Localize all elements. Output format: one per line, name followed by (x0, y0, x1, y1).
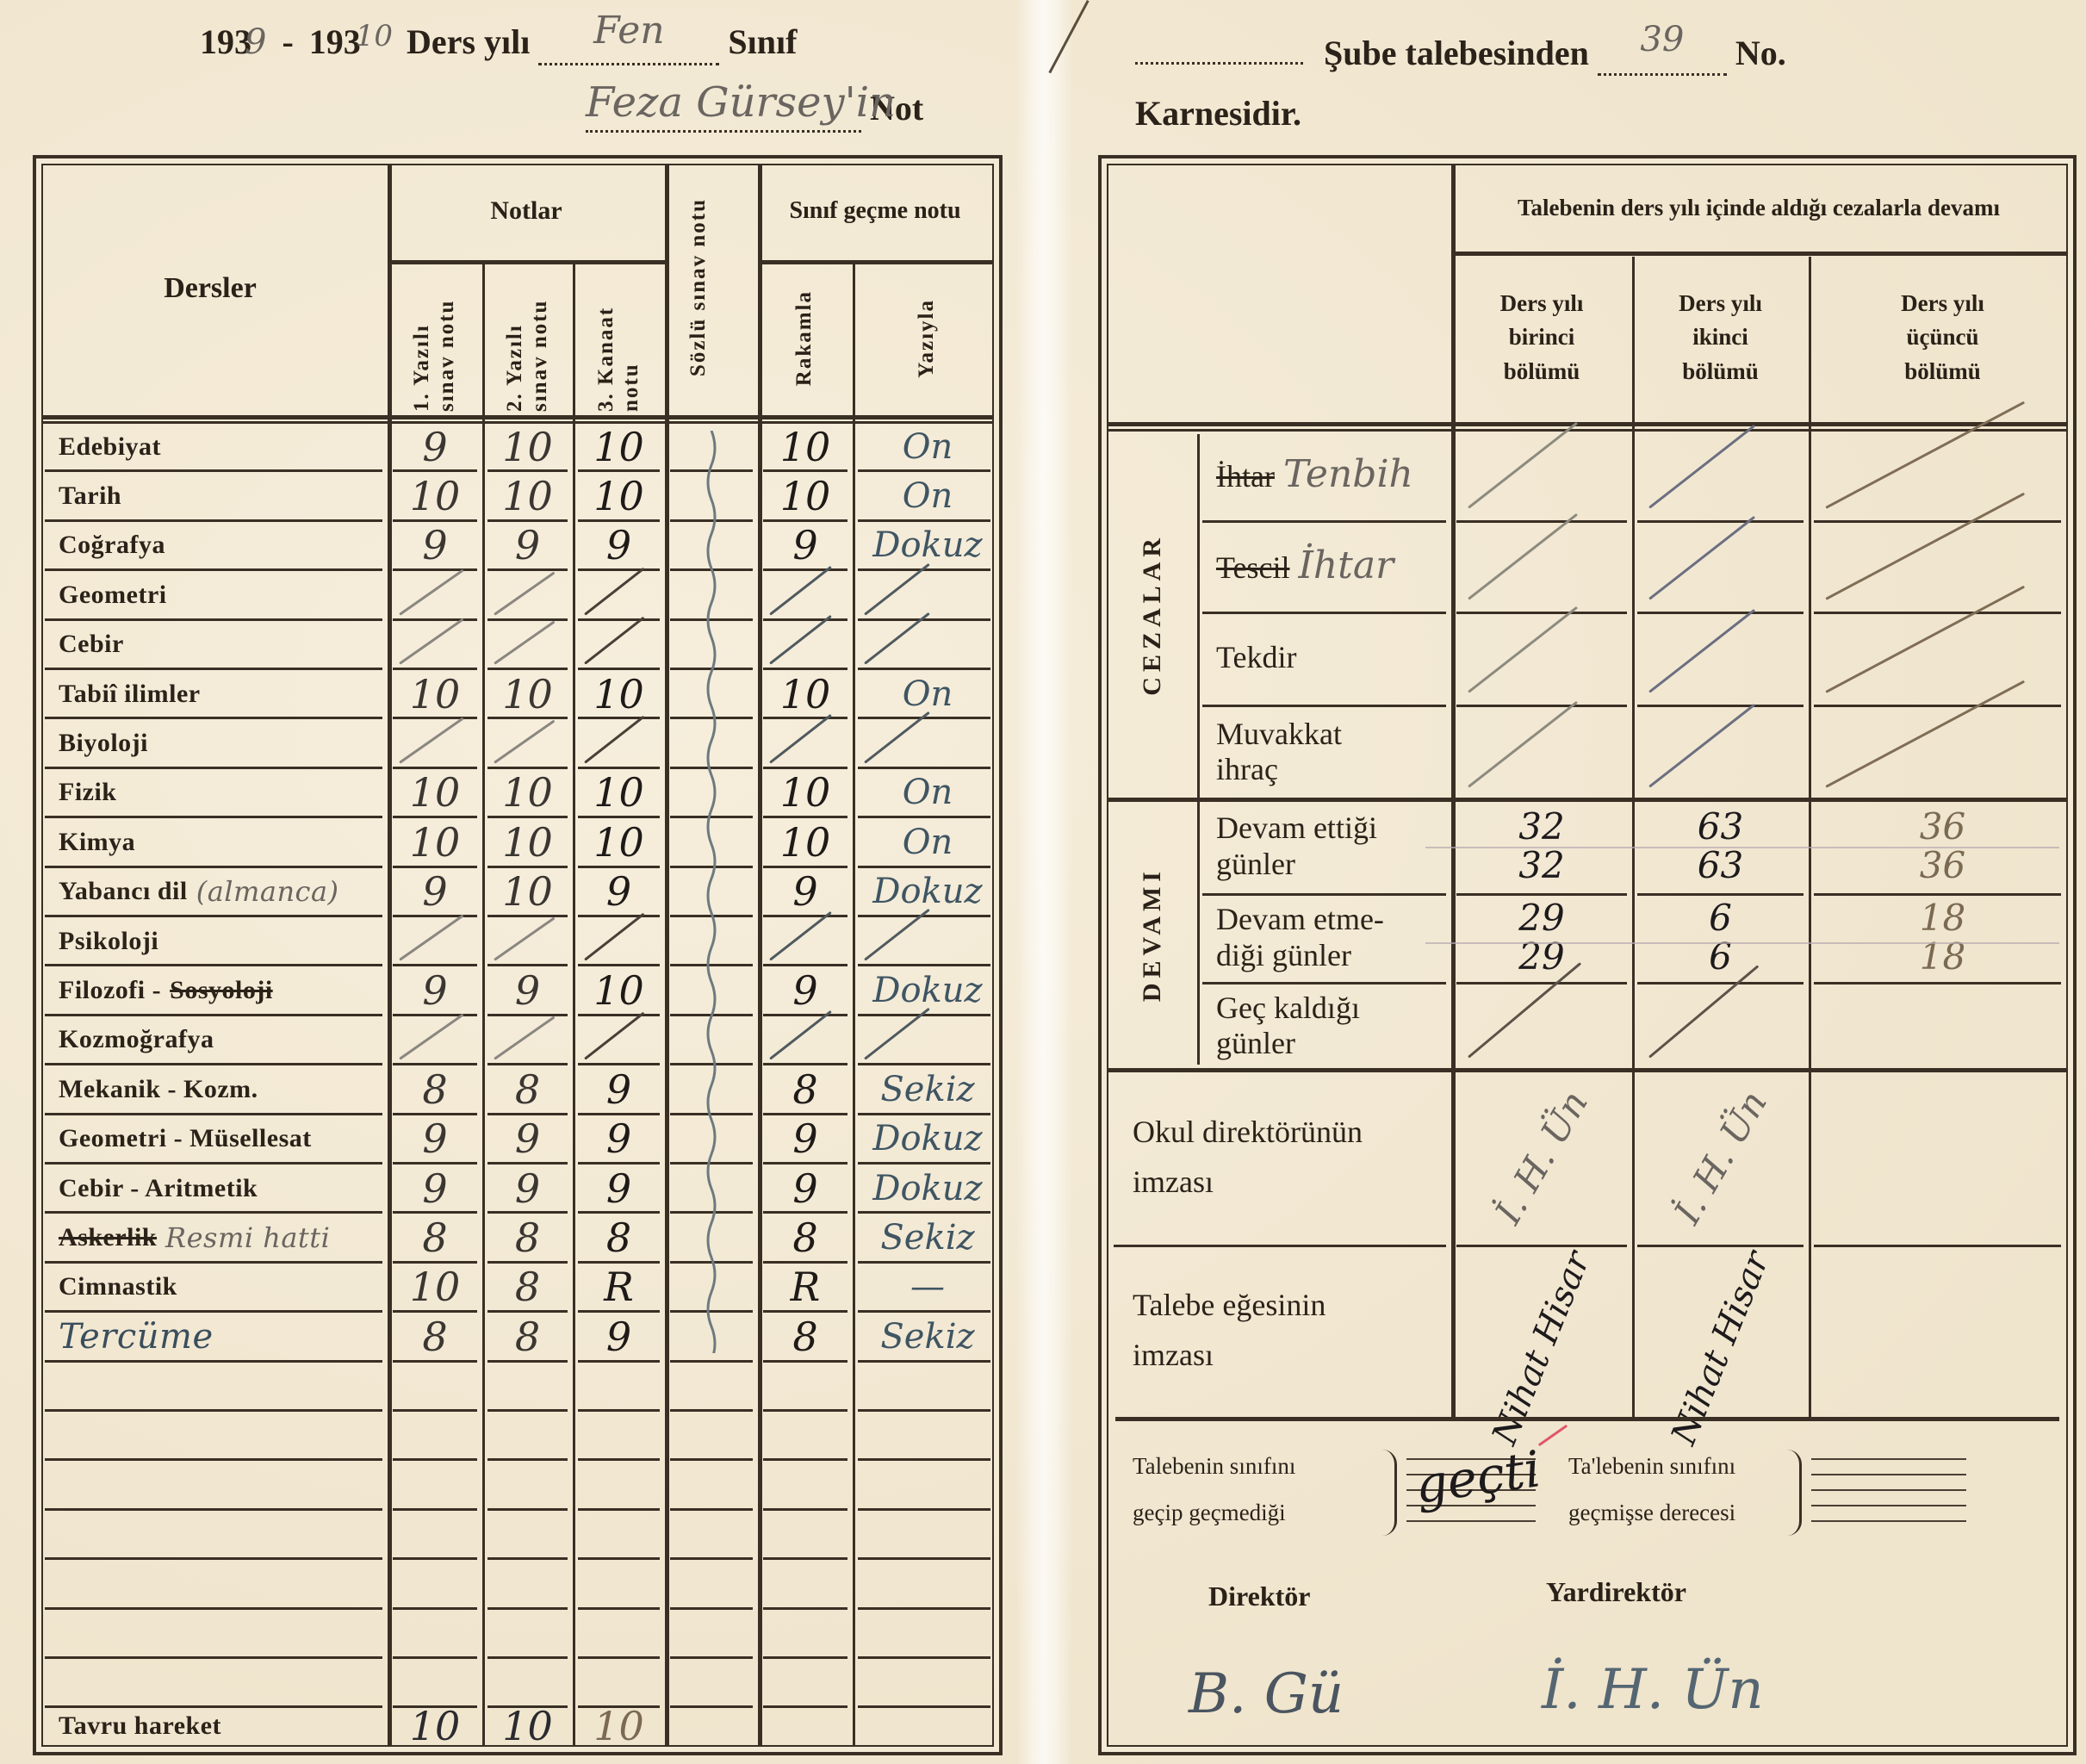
grade-cell-sozlu (665, 1559, 758, 1608)
grade-cell-yaziyla: Sekiz (853, 1213, 1003, 1262)
grade-cell-k: 9 (573, 1065, 665, 1114)
corner-slash-mark (1048, 0, 1089, 73)
grade-cell-rakamla: 10 (758, 817, 853, 866)
term-header-text: birinci (1509, 320, 1575, 354)
parent-signature-label-line: imzası (1133, 1331, 1214, 1381)
grade-cell-y1: 9 (388, 1115, 482, 1164)
penalty-name: Muvakkat (1216, 717, 1342, 752)
grade-cell-yaziyla (853, 1510, 1003, 1559)
grade-cell-y2 (482, 1510, 573, 1559)
student-no-field[interactable]: 39 (1598, 33, 1727, 76)
attendance-label-line: günler (1216, 1026, 1295, 1061)
brace-icon (1382, 1450, 1397, 1536)
subject-name: Fizik (59, 778, 117, 807)
section-divider (1115, 1417, 2059, 1421)
grade-cell-yaziyla: On (853, 817, 1003, 866)
grade-cell-k (573, 1460, 665, 1509)
subject-name: Edebiyat (59, 432, 161, 462)
grade-cell-rakamla: 8 (758, 1065, 853, 1114)
director-signature-label-line: Okul direktörünün (1133, 1108, 1363, 1158)
title-underline (1451, 252, 2066, 256)
parent-signature: Nihat Hisar (1451, 1262, 1632, 1434)
subject-cell: Edebiyat (33, 422, 388, 471)
row-divider (1456, 705, 1627, 707)
grade-cell-k: 10 (573, 471, 665, 520)
cezalar-text: CEZALAR (1138, 533, 1168, 696)
subject-cell: Cimnastik (33, 1263, 388, 1312)
subject-cell: Psikoloji (33, 916, 388, 966)
subject-cell: Biyoloji (33, 718, 388, 767)
degree-answer-rule[interactable] (1811, 1474, 1966, 1475)
grade-cell-yaziyla: Sekiz (853, 1312, 1003, 1361)
grade-cell-y2 (482, 1460, 573, 1509)
grade-cell-y2: 9 (482, 1164, 573, 1213)
attendance-label-line: Devam ettiği (1216, 811, 1377, 846)
subject-cell: Kimya (33, 817, 388, 866)
grade-cell-k (573, 1362, 665, 1411)
grade-cell-yaziyla: Dokuz (853, 1115, 1003, 1164)
conduct-grade-k: 10 (573, 1707, 665, 1745)
gecme-subheader-line (758, 260, 992, 264)
pencil-rule (1425, 942, 2059, 944)
grade-cell-k (573, 1411, 665, 1460)
attendance-value: 1818 (1809, 893, 2077, 982)
subject-cell: Coğrafya (33, 521, 388, 570)
attendance-number: 32 (1518, 847, 1564, 885)
devami-text: DEVAMI (1138, 866, 1168, 1002)
header-yazili-2-label: 2. Yazılı sınav notu (503, 265, 553, 412)
grade-cell-yaziyla (853, 1559, 1003, 1608)
header-kanaat-label: 3. Kanaat notu (594, 265, 644, 412)
subject-name: Geometri (59, 581, 167, 610)
penalty-handwritten: İhtar (1298, 543, 1394, 587)
attendance-label: Devam etme-diği günler (1216, 893, 1444, 982)
grade-cell-k: 10 (573, 817, 665, 866)
subject-name: Tabiî ilimler (59, 680, 201, 709)
row-divider (1456, 520, 1627, 523)
row-divider (578, 618, 660, 621)
grade-cell-sozlu (665, 1411, 758, 1460)
row-divider (1814, 705, 2061, 707)
grade-cell-rakamla (758, 1559, 853, 1608)
grade-cell-k: R (573, 1263, 665, 1312)
passed-question-line: geçip geçmediği (1133, 1489, 1295, 1536)
term-header-text: Ders yılı (1901, 287, 1984, 320)
subject-cell: Fizik (33, 768, 388, 817)
subject-name: Kimya (59, 828, 135, 857)
grade-cell-k (573, 1559, 665, 1608)
subject-struck: Sosyoloji (170, 976, 273, 1005)
conduct-label: Tavru hareket (33, 1707, 388, 1745)
header-notlar: Notlar (388, 164, 665, 258)
year-end-printed: 193 (309, 22, 361, 61)
grade-cell-rakamla: 10 (758, 422, 853, 471)
vice-director-label: Yardirektör (1546, 1576, 1686, 1608)
grade-cell-rakamla (758, 1460, 853, 1509)
penalty-label: Tescilİhtar (1216, 520, 1444, 612)
pencil-rule (1425, 847, 2059, 848)
grade-cell-y1 (388, 1559, 482, 1608)
grade-cell-rakamla (758, 1658, 853, 1707)
grade-cell-rakamla: 10 (758, 768, 853, 817)
row-divider (487, 618, 568, 621)
subject-cell: Geometri - Müsellesat (33, 1115, 388, 1164)
header-sozlu-label: Sözlü sınav notu (686, 198, 736, 376)
penalty-label-line: Tescilİhtar (1216, 544, 1394, 588)
director-signature-text: İ. H. Ün (1666, 1084, 1775, 1231)
subject-name: Filozofi - (59, 976, 161, 1005)
row-divider (1637, 520, 1804, 523)
subject-name: Kozmoğrafya (59, 1025, 214, 1054)
attendance-label-line: günler (1216, 847, 1295, 882)
subject-note: Resmi hatti (165, 1221, 330, 1254)
director-signature-text: İ. H. Ün (1487, 1084, 1597, 1231)
row-divider (1456, 612, 1627, 614)
discipline-title: Talebenin ders yılı içinde aldığı cezala… (1451, 165, 2066, 252)
grade-cell-rakamla (758, 1362, 853, 1411)
grade-cell-y2 (482, 1411, 573, 1460)
year-start-printed: 193 (200, 22, 251, 61)
subject-cell (33, 1559, 388, 1608)
academic-year-line: 1939 - 19310 Ders yılı Fen Sınıf (200, 19, 797, 65)
term-header-text: Ders yılı (1500, 287, 1584, 320)
grade-cell-y1 (388, 1609, 482, 1658)
attendance-value: 2929 (1451, 893, 1632, 982)
grade-cell-y2: 8 (482, 1213, 573, 1262)
grade-cell-rakamla: 8 (758, 1312, 853, 1361)
parent-signature: Nihat Hisar (1632, 1262, 1809, 1434)
subject-name: Geometri - Müsellesat (59, 1124, 312, 1153)
devami-side-label: DEVAMI (1108, 799, 1197, 1070)
sinif-label: Sınıf (728, 22, 797, 61)
subject-cell: Mekanik - Kozm. (33, 1065, 388, 1114)
grade-cell-y2: 10 (482, 817, 573, 866)
attendance-number: 63 (1698, 847, 1743, 885)
penalty-name: ihraç (1216, 752, 1278, 787)
grade-cell-y1: 10 (388, 1263, 482, 1312)
grade-cell-yaziyla: Sekiz (853, 1065, 1003, 1114)
subject-name: Yabancı dil (59, 877, 188, 906)
grade-cell-k: 9 (573, 1312, 665, 1361)
term-header-3: Ders yılıüçüncübölümü (1809, 257, 2077, 419)
grade-cell-k (573, 1658, 665, 1707)
grade-cell-rakamla (758, 1510, 853, 1559)
row-divider (1814, 1245, 2061, 1247)
penalty-label-line: İhtarTenbih (1216, 453, 1413, 497)
grade-cell-y2 (482, 1362, 573, 1411)
header-kanaat: 3. Kanaat notu (573, 265, 665, 412)
header-rakamla: Rakamla (758, 265, 853, 412)
degree-question-label: Ta'lebenin sınıfınıgeçmişse derecesi (1568, 1443, 1735, 1536)
grade-cell-y2: 10 (482, 867, 573, 916)
header-yazili-2: 2. Yazılı sınav notu (482, 265, 573, 412)
header-sinif-gecme-notu: Sınıf geçme notu (758, 164, 992, 258)
degree-answer-rule[interactable] (1811, 1458, 1966, 1460)
subject-cell: Tercüme (33, 1312, 388, 1361)
penalty-label: Muvakkatihraç (1216, 705, 1444, 799)
header-yazili-1-label: 1. Yazılı sınav notu (410, 265, 460, 412)
grade-cell-y1 (388, 1460, 482, 1509)
grade-cell-rakamla: 8 (758, 1213, 853, 1262)
term-header-text: üçüncü (1906, 320, 1978, 354)
subject-name: Coğrafya (59, 531, 165, 560)
grade-cell-yaziyla: On (853, 768, 1003, 817)
grade-cell-k: 10 (573, 669, 665, 718)
grade-cell-y2: 10 (482, 669, 573, 718)
degree-answer-rule[interactable] (1811, 1520, 1966, 1522)
header-bottom-line (1108, 422, 2066, 426)
karnesidir-label: Karnesidir. (1135, 93, 1301, 134)
subject-cell: Tarih (33, 471, 388, 520)
class-field[interactable]: Fen (538, 19, 719, 65)
subject-name: Cebir (59, 630, 124, 659)
class-value: Fen (593, 9, 665, 53)
grade-cell-yaziyla (853, 1609, 1003, 1658)
grade-cell-yaziyla (853, 1362, 1003, 1411)
attendance-number: 36 (1920, 847, 1965, 885)
grade-cell-k: 10 (573, 768, 665, 817)
penalty-label: Tekdir (1216, 612, 1444, 705)
grade-cell-y1: 9 (388, 521, 482, 570)
subject-cell: Filozofi -Sosyoloji (33, 966, 388, 1015)
director-signature: İ. H. Ün (1632, 1070, 1809, 1245)
grade-cell-y1: 9 (388, 1164, 482, 1213)
degree-question-line: Ta'lebenin sınıfını (1568, 1443, 1735, 1489)
grade-cell-yaziyla: Dokuz (853, 1164, 1003, 1213)
director-signature-label-line: imzası (1133, 1158, 1214, 1208)
ders-yili-label: Ders yılı (407, 22, 530, 61)
grade-cell-y1: 10 (388, 471, 482, 520)
grade-cell-y2: 9 (482, 521, 573, 570)
subject-name: Psikoloji (59, 927, 158, 956)
grade-cell-y1: 9 (388, 966, 482, 1015)
penalty-struck: İhtar (1216, 459, 1275, 494)
grade-cell-y1: 10 (388, 817, 482, 866)
sube-field[interactable] (1135, 62, 1303, 65)
row-divider (393, 618, 477, 621)
grade-cell-y2: 8 (482, 1065, 573, 1114)
parent-signature (1809, 1262, 2077, 1434)
attendance-label: Devam ettiğigünler (1216, 799, 1444, 893)
row-divider (1637, 612, 1804, 614)
row-divider (1814, 520, 2061, 523)
degree-answer-rule[interactable] (1811, 1489, 1966, 1491)
grade-cell-k (573, 1609, 665, 1658)
grade-cell-k (573, 1510, 665, 1559)
row-divider (1814, 612, 2061, 614)
year-end-handwritten: 10 (356, 19, 393, 53)
grade-cell-sozlu (665, 1362, 758, 1411)
director-label: Direktör (1208, 1581, 1310, 1612)
header-yaziyla: Yazıyla (853, 265, 1003, 412)
cezalar-side-label: CEZALAR (1108, 429, 1197, 799)
sube-label: Şube talebesinden (1324, 34, 1589, 72)
grade-cell-rakamla: R (758, 1263, 853, 1312)
attendance-label-line: diği günler (1216, 938, 1351, 973)
grade-cell-k: 9 (573, 1164, 665, 1213)
term-header-text: bölümü (1904, 355, 1981, 388)
director-signature: İ. H. Ün (1451, 1070, 1632, 1245)
term-header-text: bölümü (1504, 355, 1580, 388)
student-name-value: Feza Gürsey'in (586, 78, 896, 127)
grade-cell-rakamla: 9 (758, 966, 853, 1015)
penalty-name: Tekdir (1216, 640, 1296, 675)
grade-cell-y1: 8 (388, 1213, 482, 1262)
row-divider (1814, 982, 2061, 984)
attendance-label: Geç kaldığıgünler (1216, 982, 1444, 1070)
director-signature-label: Okul direktörününimzası (1133, 1070, 1443, 1245)
attendance-number: 63 (1698, 808, 1743, 846)
brace-icon (1787, 1450, 1802, 1536)
grade-cell-sozlu (665, 1510, 758, 1559)
grade-cell-yaziyla (853, 1658, 1003, 1707)
grade-cell-yaziyla (853, 1411, 1003, 1460)
term-header-text: ikinci (1692, 320, 1748, 354)
degree-answer-rule[interactable] (1811, 1505, 1966, 1506)
attendance-number: 6 (1709, 899, 1732, 937)
conduct-grade-y1: 10 (388, 1707, 482, 1745)
subject-cell: Cebir (33, 620, 388, 669)
grade-cell-y2: 10 (482, 422, 573, 471)
grade-cell-k: 9 (573, 1115, 665, 1164)
subject-cell: Yabancı dil(almanca) (33, 867, 388, 916)
passed-question-line: Talebenin sınıfını (1133, 1443, 1295, 1489)
grade-cell-y2: 10 (482, 768, 573, 817)
subject-cell (33, 1510, 388, 1559)
conduct-grade-y2: 10 (482, 1707, 573, 1745)
grade-cell-k: 8 (573, 1213, 665, 1262)
row-divider (1456, 982, 1627, 984)
student-name-line: Feza Gürsey'in Not (586, 82, 923, 133)
subject-cell: AskerlikResmi hatti (33, 1213, 388, 1262)
grade-cell-y1 (388, 1362, 482, 1411)
passed-question-label: Talebenin sınıfınıgeçip geçmediği (1133, 1443, 1295, 1536)
subject-note: (almanca) (196, 875, 339, 908)
grade-cell-k: 10 (573, 966, 665, 1015)
subject-cell (33, 1609, 388, 1658)
subject-name: Mekanik - Kozm. (59, 1075, 258, 1104)
attendance-number: 36 (1920, 808, 1965, 846)
row-divider (1456, 1245, 1627, 1247)
grade-cell-y2: 10 (482, 471, 573, 520)
term-header-text: bölümü (1682, 355, 1759, 388)
penalty-struck: Tescil (1216, 550, 1289, 585)
row-divider (1637, 982, 1804, 984)
subject-name: Biyoloji (59, 729, 148, 758)
attendance-value: 66 (1632, 893, 1809, 982)
notlar-subheader-line (388, 260, 665, 264)
term-header-text: Ders yılı (1679, 287, 1762, 320)
subject-name: Cimnastik (59, 1272, 177, 1301)
grade-cell-y1 (388, 1411, 482, 1460)
subject-cell: Cebir - Aritmetik (33, 1164, 388, 1213)
director-signature: B. Gü (1189, 1662, 1344, 1726)
parent-signature-label: Talebe eğesininimzası (1133, 1245, 1443, 1417)
subject-struck: Askerlik (59, 1223, 157, 1252)
subject-handwritten: Tercüme (59, 1317, 214, 1357)
grade-cell-y1 (388, 1658, 482, 1707)
attendance-number: 29 (1518, 899, 1564, 937)
term-header-1: Ders yılıbirincibölümü (1451, 257, 1632, 419)
grade-cell-y1: 8 (388, 1312, 482, 1361)
grade-cell-y2 (482, 1559, 573, 1608)
student-name-field[interactable]: Feza Gürsey'in (586, 82, 861, 133)
term-header-2: Ders yılıikincibölümü (1632, 257, 1809, 419)
discipline-attendance-table: Talebenin ders yılı içinde aldığı cezala… (1098, 155, 2077, 1755)
grade-cell-y1 (388, 1510, 482, 1559)
sube-line: Şube talebesinden 39 No. (1135, 33, 1786, 76)
grade-cell-sozlu (665, 1609, 758, 1658)
subject-cell (33, 1460, 388, 1509)
penalty-handwritten: Tenbih (1283, 452, 1413, 496)
grade-cell-yaziyla: On (853, 422, 1003, 471)
grade-cell-rakamla: 9 (758, 867, 853, 916)
grade-cell-y2 (482, 1609, 573, 1658)
attendance-number: 18 (1920, 899, 1965, 937)
header-yaziyla-label: Yazıyla (915, 299, 941, 378)
grade-cell-y2 (482, 1658, 573, 1707)
grade-cell-rakamla (758, 1609, 853, 1658)
grades-table: DerslerNotlarSınıf geçme notu1. Yazılı s… (33, 155, 1003, 1755)
answer-rule (1406, 1520, 1536, 1522)
director-signature (1809, 1070, 2077, 1245)
vice-director-signature: İ. H. Ün (1542, 1658, 1764, 1722)
grade-cell-y1: 9 (388, 867, 482, 916)
header-yazili-1: 1. Yazılı sınav notu (388, 265, 482, 412)
grade-cell-y2: 8 (482, 1263, 573, 1312)
grade-cell-rakamla: 10 (758, 471, 853, 520)
attendance-label-line: Devam etme- (1216, 902, 1384, 937)
grade-cell-k: 10 (573, 422, 665, 471)
subject-name: Tarih (59, 481, 121, 511)
penalty-label: İhtarTenbih (1216, 429, 1444, 520)
subject-cell (33, 1658, 388, 1707)
student-no-value: 39 (1640, 20, 1684, 59)
grade-cell-rakamla (758, 1411, 853, 1460)
grade-cell-yaziyla: — (853, 1263, 1003, 1312)
header-dersler: Dersler (33, 155, 388, 422)
subject-cell: Tabiî ilimler (33, 669, 388, 718)
grade-cell-k: 9 (573, 521, 665, 570)
no-label: No. (1735, 34, 1786, 72)
grade-cell-y1: 10 (388, 669, 482, 718)
grade-cell-rakamla: 9 (758, 1115, 853, 1164)
degree-question-line: geçmişse derecesi (1568, 1489, 1735, 1536)
subject-cell: Kozmoğrafya (33, 1016, 388, 1065)
row-divider (763, 618, 847, 621)
grade-cell-y1: 8 (388, 1065, 482, 1114)
grade-cell-y2: 9 (482, 966, 573, 1015)
year-start-handwritten: 9 (245, 22, 266, 62)
sozlu-wavy-line (665, 431, 758, 1353)
grade-cell-y2: 8 (482, 1312, 573, 1361)
row-divider (1637, 705, 1804, 707)
parent-signature-label-line: Talebe eğesinin (1133, 1281, 1325, 1331)
grade-cell-y1: 10 (388, 768, 482, 817)
row-divider (1637, 1245, 1804, 1247)
grade-cell-y2: 9 (482, 1115, 573, 1164)
side-label-divider (1197, 434, 1200, 1065)
grade-cell-sozlu (665, 1460, 758, 1509)
header-rakamla-label: Rakamla (792, 290, 818, 386)
grade-cell-rakamla: 9 (758, 521, 853, 570)
attendance-label-line: Geç kaldığı (1216, 991, 1360, 1026)
grade-cell-k: 9 (573, 867, 665, 916)
grade-cell-rakamla: 10 (758, 669, 853, 718)
grade-cell-yaziyla (853, 1460, 1003, 1509)
grade-cell-y1: 9 (388, 422, 482, 471)
header-sozlu: Sözlü sınav notu (665, 164, 758, 412)
